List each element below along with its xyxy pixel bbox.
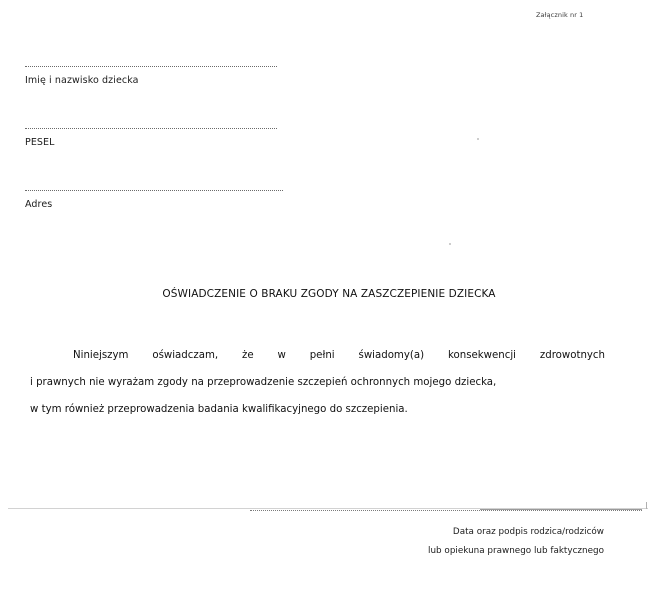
scan-speck <box>477 138 479 140</box>
declaration-body: Niniejszym oświadczam, że w pełni świado… <box>30 342 605 423</box>
signature-caption-line-2: lub opiekuna prawnego lub faktycznego <box>428 542 604 561</box>
child-name-dotted-line <box>25 66 277 67</box>
pesel-label: PESEL <box>25 137 277 148</box>
signature-line-end <box>646 502 647 509</box>
document-title: OŚWIADCZENIE O BRAKU ZGODY NA ZASZCZEPIE… <box>0 288 650 300</box>
declaration-line-2: i prawnych nie wyrażam zgody na przeprow… <box>30 369 605 396</box>
address-dotted-line <box>25 190 283 191</box>
pesel-field: PESEL <box>25 128 277 148</box>
child-name-label: Imię i nazwisko dziecka <box>25 75 277 86</box>
address-field: Adres <box>25 190 283 210</box>
signature-caption: Data oraz podpis rodzica/rodziców lub op… <box>428 523 604 561</box>
address-label: Adres <box>25 199 283 210</box>
signature-caption-line-1: Data oraz podpis rodzica/rodziców <box>428 523 604 542</box>
scan-speck <box>449 243 451 245</box>
signature-dotted-line-dark <box>480 509 642 510</box>
document-page: Załącznik nr 1 Imię i nazwisko dziecka P… <box>0 0 650 614</box>
pesel-dotted-line <box>25 128 277 129</box>
annex-label: Załącznik nr 1 <box>536 11 583 19</box>
declaration-line-3: w tym również przeprowadzenia badania kw… <box>30 396 605 423</box>
signature-dotted-line <box>250 510 642 511</box>
child-name-field: Imię i nazwisko dziecka <box>25 66 277 86</box>
declaration-line-1: Niniejszym oświadczam, że w pełni świado… <box>30 342 605 369</box>
